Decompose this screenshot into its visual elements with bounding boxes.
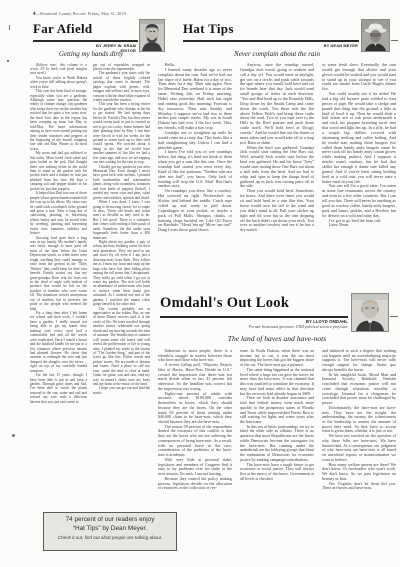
paragraph: Then you would hold herd. Sometimes for … [240,189,314,233]
hat-tips-title: Hat Tips [183,22,234,35]
paragraph: With very little at personal stake, legi… [158,458,232,477]
dean-meyer-portrait [362,20,389,51]
paragraph: In this era of bitter partisanship, we t… [240,425,314,463]
far-afield-column-1: (Editors note: this column is a rerun. I… [30,63,87,510]
paragraph: Anyway, once the roundup started, Grandp… [240,63,314,146]
paragraph: Right above my garden, a pair of robins … [93,240,150,307]
omdahl-rule-end [390,316,398,317]
omdahl-rule [160,316,348,318]
hat-tips-column-3: or some fresh chew. Eventually, the rain… [322,63,396,295]
paragraph: We have not touched on the question of w… [322,434,396,462]
paragraph: This year has been kind of strange, espe… [30,89,87,151]
paragraph: The same thing happened at the national … [240,368,314,396]
paragraph: How many welfare queens are there? We do… [322,463,396,482]
folio-text: —Mountrail County Record, Friday, May 31… [36,11,126,16]
paragraph: Yes, Virginia, don't let them kid you. T… [322,482,396,491]
paragraph: enue. In North Dakota, when there was an… [240,349,314,368]
omdahl-column-3: and balanced to such a degree that nothi… [322,349,396,562]
promo-line-3: Check it out, find out what people are t… [44,535,176,540]
registration-mark [12,434,15,437]
paragraph: When the herd was gathered, Grandpa Jack… [240,146,314,190]
paragraph: The reason 58 percent of the respondents… [158,425,232,458]
paragraph: The have-nots have a tough future to get… [240,463,314,482]
paragraph: or some fresh chew. Eventually, the rain… [322,63,396,92]
hat-tips-rule-end [391,40,398,41]
omdahl-byline: BY LLOYD OMDAHL [240,319,348,325]
fold-mark [7,60,9,62]
lloyd-omdahl-portrait [352,294,388,331]
far-afield-headline: Getting my hands dirty [30,51,152,58]
promo-line-1: 74 percent of our readers enjoy [44,513,176,525]
far-afield-title: Far Afield [33,22,92,35]
paragraph: Then we look at disaster assistance and … [240,396,314,424]
omdahl-headline: The land of haves and have-nots [158,335,396,343]
hat-tips-rule [183,40,359,42]
paragraph: On roundups you dress like a cowboy. Hat… [158,189,232,233]
hat-tips-byline: BY DEAN MEYER [252,43,358,48]
paragraph: You know you're in North Dakota when you… [30,76,87,89]
far-afield-rule [33,40,138,42]
paragraph: get out of vegetables wrapped in plastic… [93,63,150,72]
paragraph: Unfortunately, the have-nots are have-no… [322,406,396,434]
paragraph: Later, Dean [322,223,396,228]
paragraph: For a long time after I left home for sc… [30,311,87,373]
paragraph: My mom and dad got addicted to this habi… [30,151,87,191]
jerry-kram-photo [140,20,164,51]
omdahl-column-2: enue. In North Dakota, when there was an… [240,349,314,562]
paragraph: I hope you can get out and find the musi… [93,386,150,395]
omdahl-column-1: Unknown to most people, there is a relen… [158,349,232,562]
paragraph: Grandpa use to straighten up nails he wo… [158,131,232,150]
paragraph: I know I've told you of wet roundups bef… [158,150,232,189]
paragraph: When I was done, I knew I was going to b… [93,200,150,240]
newspaper-page: 4—Mountrail County Record, Friday, May 3… [0,0,400,567]
far-afield-column-2: get out of vegetables wrapped in plastic… [93,63,150,510]
paragraph: The gardener's year starts with the arri… [93,71,150,102]
hat-tips-column-2: Anyway, once the roundup started, Grandp… [240,63,314,295]
paragraph: You could usually see it for miles! He h… [322,92,396,184]
jerry-kram-portrait [140,20,164,51]
paragraph: (Editors note: this column is a rerun. I… [30,63,87,76]
hat-tips-headline: Never complain about the rain [158,51,396,58]
promo-line-2: “Hat Tips” by Dean Meyer. [44,525,176,533]
paragraph: Eighty-one percent of adults with income… [158,392,232,425]
paragraph: You can tell I'm a good eater. I've eate… [322,184,396,218]
paragraph: In his insightful book, Moral Man and Im… [322,373,396,406]
fold-mark [9,25,10,30]
hat-tips-promo-box: 74 percent of our readers enjoy “Hat Tip… [43,512,177,551]
omdahl-title: Omdahl's Out Look [160,296,289,311]
paragraph: The worms probably are as appreciative a… [93,307,150,387]
paragraph: A recent Gallup poll, "Majority Rejects … [158,363,232,391]
paragraph: It helped that Dad was one of those peop… [30,191,87,235]
omdahl-byline-sub: Former lieutenant governor, UND politica… [180,325,348,330]
paragraph: Growing food goes back a long way in my … [30,236,87,311]
paragraph: I finally got my garden in just after Me… [93,165,150,201]
paragraph: Because they control the policy making p… [158,477,232,491]
paragraph: Unknown to most people, there is a relen… [158,349,232,363]
paragraph: I learned many decades ago to never comp… [158,68,232,131]
folio-line: 4—Mountrail County Record, Friday, May 3… [33,11,126,17]
lloyd-omdahl-photo [352,294,388,331]
dean-meyer-photo [362,20,389,51]
paragraph: For the last 15 years, though, I have be… [30,373,87,404]
paragraph: and balanced to such a degree that nothi… [322,349,396,373]
paragraph: This year has been a trying winter for t… [93,102,150,164]
hat-tips-column-1: Hello,I learned many decades ago to neve… [158,63,232,295]
